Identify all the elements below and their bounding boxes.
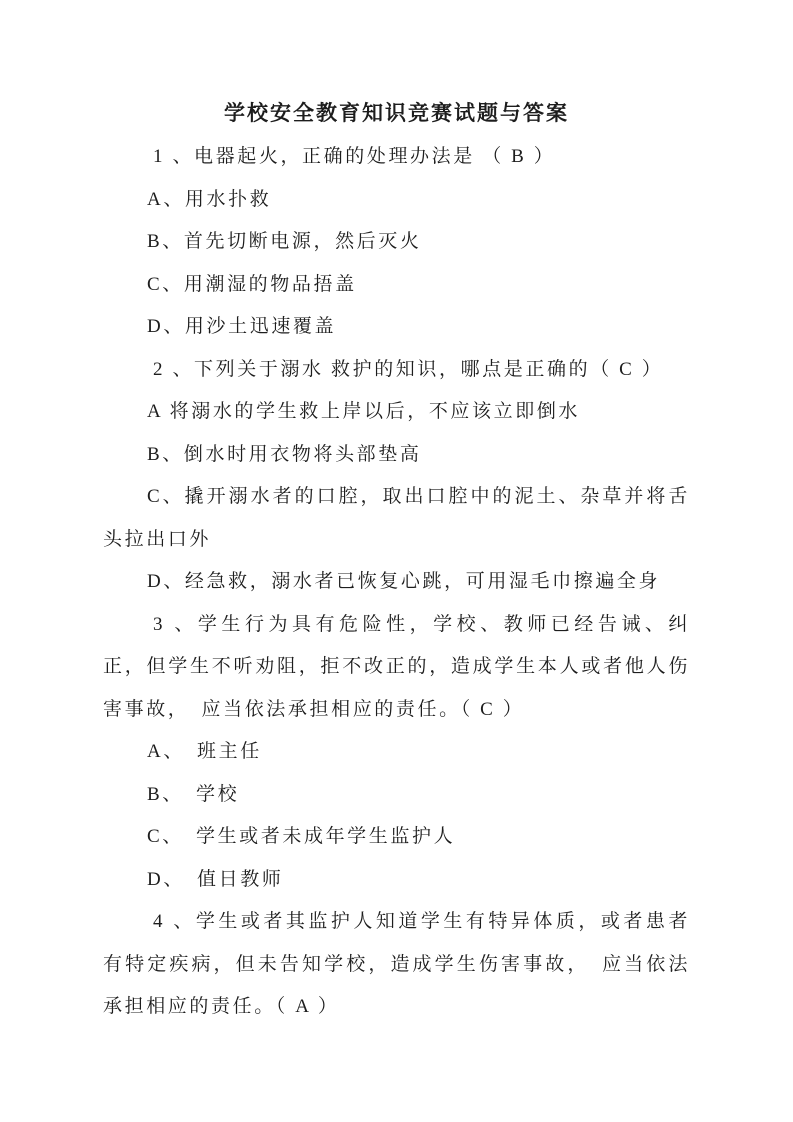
question-1-option-b: B、首先切断电源，然后灭火 [103, 221, 690, 264]
document-page: 学校安全教育知识竞赛试题与答案 1 、电器起火，正确的处理办法是 （ B ） A… [0, 0, 793, 1122]
question-3: 3 、学生行为具有危险性，学校、教师已经告诫、纠正，但学生不听劝阻，拒不改正的，… [103, 604, 690, 902]
question-2-option-c: C、撬开溺水者的口腔，取出口腔中的泥土、杂草并将舌头拉出口外 [103, 476, 690, 561]
question-1-option-c: C、用潮湿的物品捂盖 [103, 264, 690, 307]
question-3-option-a: A、 班主任 [103, 731, 690, 774]
question-1-option-a: A、用水扑救 [103, 179, 690, 222]
document-title: 学校安全教育知识竞赛试题与答案 [103, 90, 690, 136]
question-3-stem: 3 、学生行为具有危险性，学校、教师已经告诫、纠正，但学生不听劝阻，拒不改正的，… [103, 604, 690, 732]
question-1-option-d: D、用沙土迅速覆盖 [103, 306, 690, 349]
question-1-stem: 1 、电器起火，正确的处理办法是 （ B ） [103, 136, 690, 179]
question-2-option-a: A 将溺水的学生救上岸以后，不应该立即倒水 [103, 391, 690, 434]
question-2-option-d: D、经急救，溺水者已恢复心跳，可用湿毛巾擦遍全身 [103, 561, 690, 604]
question-3-option-b: B、 学校 [103, 774, 690, 817]
question-3-option-d: D、 值日教师 [103, 859, 690, 902]
question-2-option-b: B、倒水时用衣物将头部垫高 [103, 434, 690, 477]
question-3-option-c: C、 学生或者未成年学生监护人 [103, 816, 690, 859]
question-2: 2 、下列关于溺水 救护的知识，哪点是正确的（ C ） A 将溺水的学生救上岸以… [103, 349, 690, 604]
question-1: 1 、电器起火，正确的处理办法是 （ B ） A、用水扑救 B、首先切断电源，然… [103, 136, 690, 349]
question-4: 4 、学生或者其监护人知道学生有特异体质，或者患者有特定疾病，但未告知学校，造成… [103, 901, 690, 1029]
question-2-stem: 2 、下列关于溺水 救护的知识，哪点是正确的（ C ） [103, 349, 690, 392]
question-4-stem: 4 、学生或者其监护人知道学生有特异体质，或者患者有特定疾病，但未告知学校，造成… [103, 901, 690, 1029]
